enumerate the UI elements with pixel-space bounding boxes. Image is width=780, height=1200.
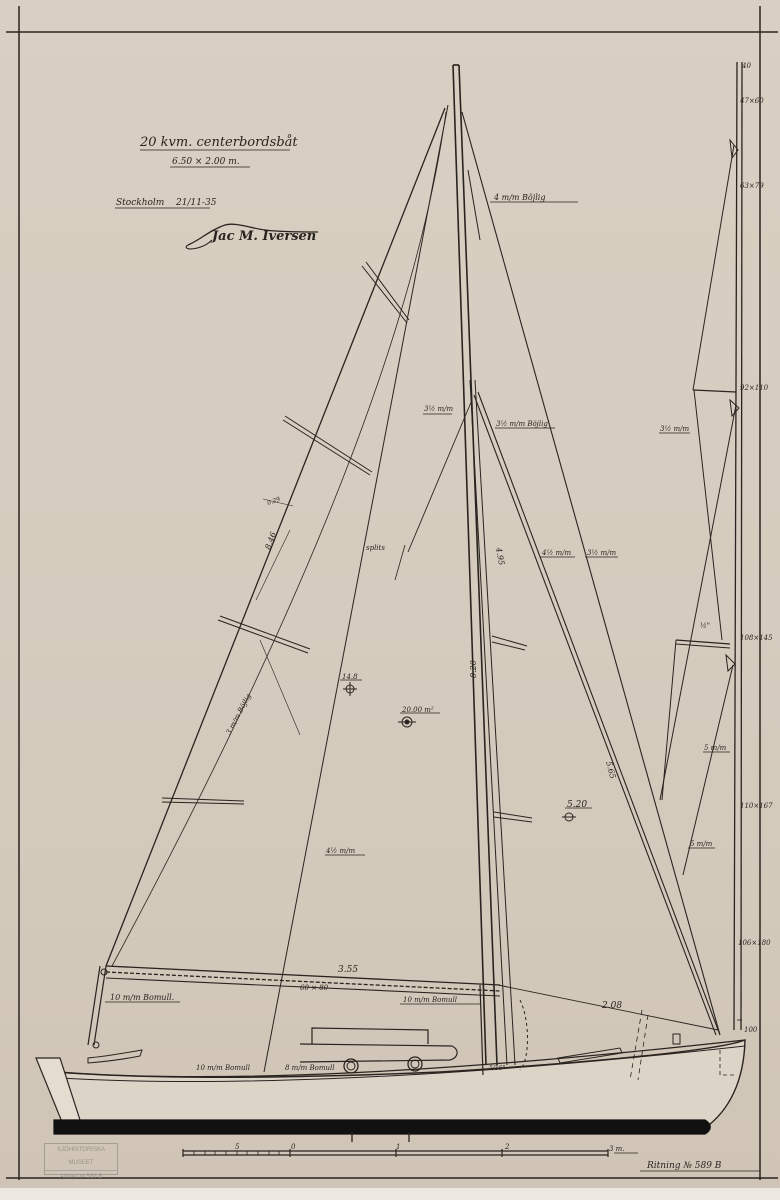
label-lower-shroud-a: 4½ m/m <box>541 549 571 557</box>
scale-tick-3: 3 m. <box>609 1145 625 1153</box>
mast-section-3: 92×110 <box>740 384 769 392</box>
label-deck-sheet-a: 10 m/m Bomull <box>196 1064 250 1072</box>
label-mainsail-area: 14.8 <box>342 673 358 681</box>
boom-top <box>106 966 500 985</box>
mast-section-bottom: 100 <box>744 1026 758 1034</box>
label-jib-sheet: 10 m/m Bomull <box>403 996 457 1004</box>
forestay <box>264 105 448 1072</box>
runner-a <box>478 392 720 1035</box>
label-pin: 5/16" <box>489 1065 505 1072</box>
label-foresail-leech: 5.65 <box>604 760 617 780</box>
label-boom-section: 60 × 80 <box>300 984 329 992</box>
label-total-area: 20.00 m² <box>401 706 434 714</box>
mast-section-5: 110×167 <box>740 802 773 810</box>
mast-section-top: 40 <box>741 62 751 70</box>
date-label: 21/11-35 <box>175 198 217 208</box>
place-label: Stockholm <box>116 198 164 208</box>
sail-plan-drawing: 20 kvm. centerbordsbåt 6.50 × 2.00 m. St… <box>0 0 780 1200</box>
label-lower-shroud-b: 3½ m/m <box>587 549 616 557</box>
museum-archive-stamp: SJÖHISTORISKA MUSEET Arkivet nr 589 B <box>44 1143 118 1175</box>
scale-tick-1: 1 <box>396 1143 400 1151</box>
mast-section-1: 47×60 <box>739 97 764 105</box>
label-mainsheet: 10 m/m Bomull. <box>110 993 174 1002</box>
label-middle-backstay: 3½ m/m Böjlig <box>496 420 548 428</box>
mast-section-2: 63×79 <box>740 182 764 190</box>
label-mainsail-leech: 8.46 <box>263 531 278 551</box>
label-forestay-left: 3 m/m Böjlig <box>225 692 253 736</box>
detail-mast-front <box>734 62 737 1030</box>
label-roach: 0.29 <box>266 496 281 507</box>
signature: Jac M. Iversen <box>209 229 316 244</box>
label-top-backstay: 4 m/m Böjlig <box>493 193 545 202</box>
scale-tick-0: 0 <box>291 1143 296 1151</box>
label-forestay-lower: 4½ m/m <box>325 847 355 855</box>
stamp-line-2: Arkivet nr 589 B <box>45 1171 117 1184</box>
runner-b <box>474 395 716 1035</box>
scale-tick-5: 5 <box>235 1143 240 1151</box>
mast-section-6: 106×180 <box>738 939 771 947</box>
label-deck-sheet-b: 8 m/m Bomull <box>285 1064 335 1072</box>
backstay <box>462 112 720 1035</box>
label-spreader-right-b: 5 m/m <box>690 840 713 848</box>
label-boom-length: 3.55 <box>338 965 358 975</box>
label-mast-height: 8.20 <box>469 660 478 678</box>
label-splice: splits <box>366 544 385 552</box>
hull-outline <box>40 1040 745 1128</box>
mast-front <box>453 65 486 1065</box>
drawing-number: Ritning № 589 B <box>646 1161 722 1171</box>
label-foot: 2.08 <box>601 1001 622 1011</box>
label-jib-luff: 4.95 <box>494 546 506 566</box>
title-text: 20 kvm. centerbordsbåt <box>139 134 298 150</box>
label-spreader-right-a: 5 m/m <box>704 744 727 752</box>
label-upper-shroud: 3½ m/m <box>424 405 453 413</box>
keel-ballast <box>54 1120 710 1134</box>
label-turnbuckle: ½" <box>700 622 710 630</box>
mast-section-4: 108×145 <box>740 634 773 642</box>
dimensions-text: 6.50 × 2.00 m. <box>172 157 240 167</box>
scale-tick-2: 2 <box>504 1143 510 1151</box>
label-jib-area: 5.20 <box>567 800 587 810</box>
detail-mast-back <box>741 62 742 1030</box>
stamp-line-1: SJÖHISTORISKA MUSEET <box>45 1144 117 1171</box>
label-spreader-left: 3½ m/m <box>660 425 689 433</box>
